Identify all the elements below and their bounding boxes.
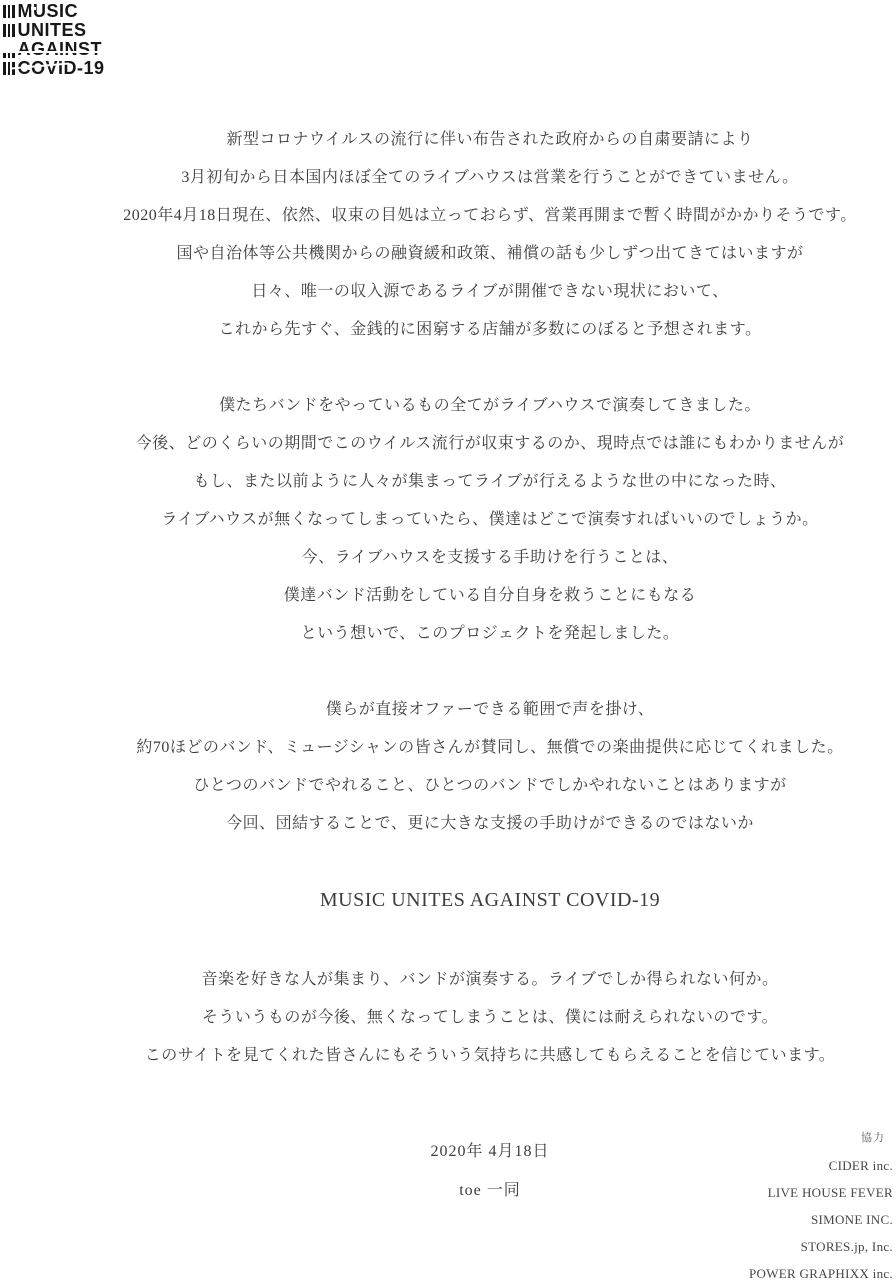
credits-list: CIDER inc.LIVE HOUSE FEVERSIMONE INC.STO…	[749, 1152, 893, 1280]
statement-body: 新型コロナウイルスの流行に伴い布告された政府からの自粛要請により3月初旬から日本…	[84, 121, 896, 1210]
logo-text-line: UNITES	[18, 21, 87, 40]
logo-glitch-notch	[31, 7, 36, 10]
logo-glitch-stripe	[3, 51, 128, 53]
statement-line: 音楽を好きな人が集まり、バンドが演奏する。ライブでしか得られない何か。	[84, 961, 896, 999]
credit-company: CIDER inc.	[749, 1152, 893, 1179]
statement-line: 僕たちバンドをやっているもの全てがライブハウスで演奏してきました。	[84, 387, 896, 425]
statement-line: 僕らが直接オファーできる範囲で声を掛け、	[84, 691, 896, 729]
credit-company: LIVE HOUSE FEVER	[749, 1179, 893, 1206]
statement-line: これから先すぐ、金銭的に困窮する店舗が多数にのぼると予想されます。	[84, 311, 896, 349]
statement-line: 日々、唯一の収入源であるライブが開催できない現状において、	[84, 273, 896, 311]
credit-company: STORES.jp, Inc.	[749, 1233, 893, 1260]
statement-line: ライブハウスが無くなってしまっていたら、僕達はどこで演奏すればいいのでしょうか。	[84, 501, 896, 539]
credit-company: POWER GRAPHIXX inc.	[749, 1260, 893, 1280]
statement-line: 今回、団結することで、更に大きな支援の手助けができるのではないか	[84, 805, 896, 843]
statement-paragraph-3: 僕らが直接オファーできる範囲で声を掛け、約70ほどのバンド、ミュージシャンの皆さ…	[84, 691, 896, 843]
logo-row-unites: UNITES	[3, 21, 105, 40]
statement-line: 今後、どのくらいの期間でこのウイルス流行が収束するのか、現時点では誰にもわかりま…	[84, 425, 896, 463]
statement-line: ひとつのバンドでやれること、ひとつのバンドでしかやれないことはありますが	[84, 767, 896, 805]
statement-line: 新型コロナウイルスの流行に伴い布告された政府からの自粛要請により	[84, 121, 896, 159]
logo-text-line: MUSIC	[18, 2, 79, 21]
site-logo[interactable]: MUSIC UNITES AGAINST COVID-19	[3, 2, 105, 78]
statement-line: 僕達バンド活動をしている自分自身を救うことにもなる	[84, 577, 896, 615]
logo-row-against: AGAINST	[3, 40, 105, 59]
credits-section: 協力 CIDER inc.LIVE HOUSE FEVERSIMONE INC.…	[749, 1125, 893, 1280]
logo-row-music: MUSIC	[3, 2, 105, 21]
glitch-bars-icon	[3, 39, 15, 61]
statement-line: 今、ライブハウスを支援する手助けを行うことは、	[84, 539, 896, 577]
logo-text-line: COVID-19	[18, 59, 105, 78]
statement-line: 3月初旬から日本国内ほぼ全てのライブハウスは営業を行うことができていません。	[84, 159, 896, 197]
statement-line: このサイトを見てくれた皆さんにもそういう気持ちに共感してもらえることを信じていま…	[84, 1037, 896, 1075]
credit-company: SIMONE INC.	[749, 1206, 893, 1233]
statement-line: という想いで、このプロジェクトを発起しました。	[84, 615, 896, 653]
credits-label: 協力	[749, 1125, 893, 1152]
statement-line: 約70ほどのバンド、ミュージシャンの皆さんが賛同し、無償での楽曲提供に応じてくれ…	[84, 729, 896, 767]
page-title: MUSIC UNITES AGAINST COVID-19	[84, 881, 896, 919]
statement-paragraph-1: 新型コロナウイルスの流行に伴い布告された政府からの自粛要請により3月初旬から日本…	[84, 121, 896, 349]
statement-line: 2020年4月18日現在、依然、収束の目処は立っておらず、営業再開まで暫く時間が…	[84, 197, 896, 235]
glitch-bars-icon	[3, 21, 15, 40]
glitch-bars-icon	[3, 2, 15, 21]
statement-line: そういうものが今後、無くなってしまうことは、僕には耐えられないのです。	[84, 999, 896, 1037]
statement-line: 国や自治体等公共機関からの融資緩和政策、補償の話も少しずつ出てきてはいますが	[84, 235, 896, 273]
statement-line: もし、また以前ように人々が集まってライブが行えるような世の中になった時、	[84, 463, 896, 501]
logo-text-line: AGAINST	[18, 40, 103, 59]
statement-paragraph-2: 僕たちバンドをやっているもの全てがライブハウスで演奏してきました。今後、どのくら…	[84, 387, 896, 653]
statement-paragraph-closing: 音楽を好きな人が集まり、バンドが演奏する。ライブでしか得られない何か。そういうも…	[84, 961, 896, 1075]
